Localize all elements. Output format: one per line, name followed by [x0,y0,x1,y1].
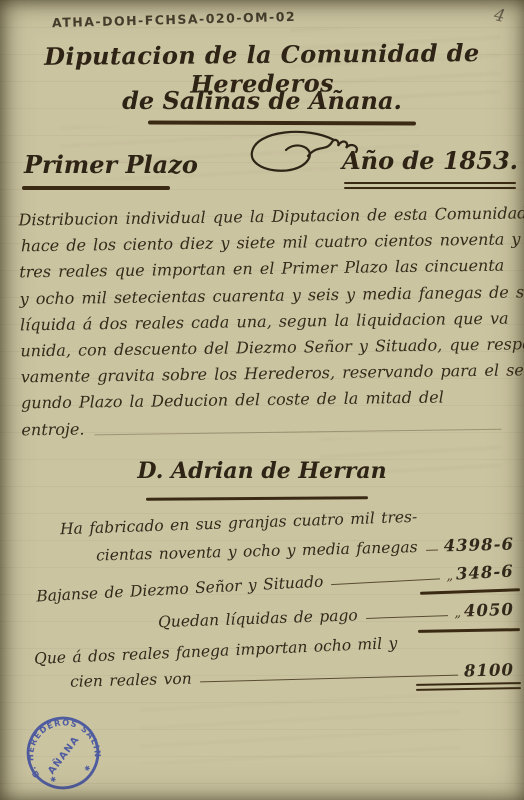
entry-value: 8100 [464,660,514,680]
entry-line: cientas noventa y ocho y media fanegas 4… [96,535,514,565]
entry-text: cientas noventa y ocho y media fanegas [96,538,418,564]
entry-line: Que á dos reales fanega importan ocho mi… [34,634,398,668]
entry-text: Ha fabricado en sus granjas cuatro mil t… [60,508,418,538]
stamp-center-text: AÑANA [45,733,82,777]
entry-text: cien reales von [70,670,192,691]
leader-line [366,615,449,619]
total-rule [418,628,520,632]
paragraph-line-text: entroje. [21,416,84,443]
term-underline [22,186,170,190]
archive-reference-code: ATHA-DOH-FCHSA-020-OM-02 [52,9,296,30]
entry-value: 348-6 [455,562,514,584]
archive-stamp: G. HEREDEROS SALINAS AÑANA ✱ ✱ [11,701,114,800]
stamp-mark-right: ✱ [83,763,91,773]
entry-line: Bajanse de Diezmo Señor y Situado „ 348-… [36,562,514,606]
year-underline-bottom [344,187,516,189]
heir-name-heading: D. Adrian de Herran [0,458,524,484]
entry-text: Bajanse de Diezmo Señor y Situado [36,572,324,605]
document-title-line2: de Salinas de Añana. [0,86,524,115]
entry-text: Quedan líquidas de pago [158,606,358,631]
entry-line: Ha fabricado en sus granjas cuatro mil t… [60,508,418,538]
entry-value: 4050 [464,600,515,621]
manuscript-page: ATHA-DOH-FCHSA-020-OM-02 4 Diputacion de… [0,0,524,800]
ditto-mark: „ [454,606,464,621]
bleedthrough-smudge [140,694,460,764]
final-rule-bottom [416,687,521,691]
final-rule-top [416,682,521,686]
folio-page-number: 4 [492,5,507,27]
entry-line: Quedan líquidas de pago „ 4050 [158,600,514,631]
term-label: Primer Plazo [24,150,198,179]
entry-line: cien reales von 8100 [70,660,514,691]
subtraction-rule [420,588,520,594]
year-underline-top [344,182,516,184]
introduction-paragraph: Distribucion individual que la Diputacio… [18,201,509,444]
leader-line [200,675,458,683]
year-label: Año de 1853. [342,146,518,175]
leader-line [426,550,438,551]
entry-value: 4398-6 [443,535,514,556]
heading-underline [146,496,368,501]
entry-text: Que á dos reales fanega importan ocho mi… [34,634,398,668]
stamp-mark-left: ✱ [49,774,57,784]
leader-line [331,578,440,585]
trailing-rule [95,429,502,436]
